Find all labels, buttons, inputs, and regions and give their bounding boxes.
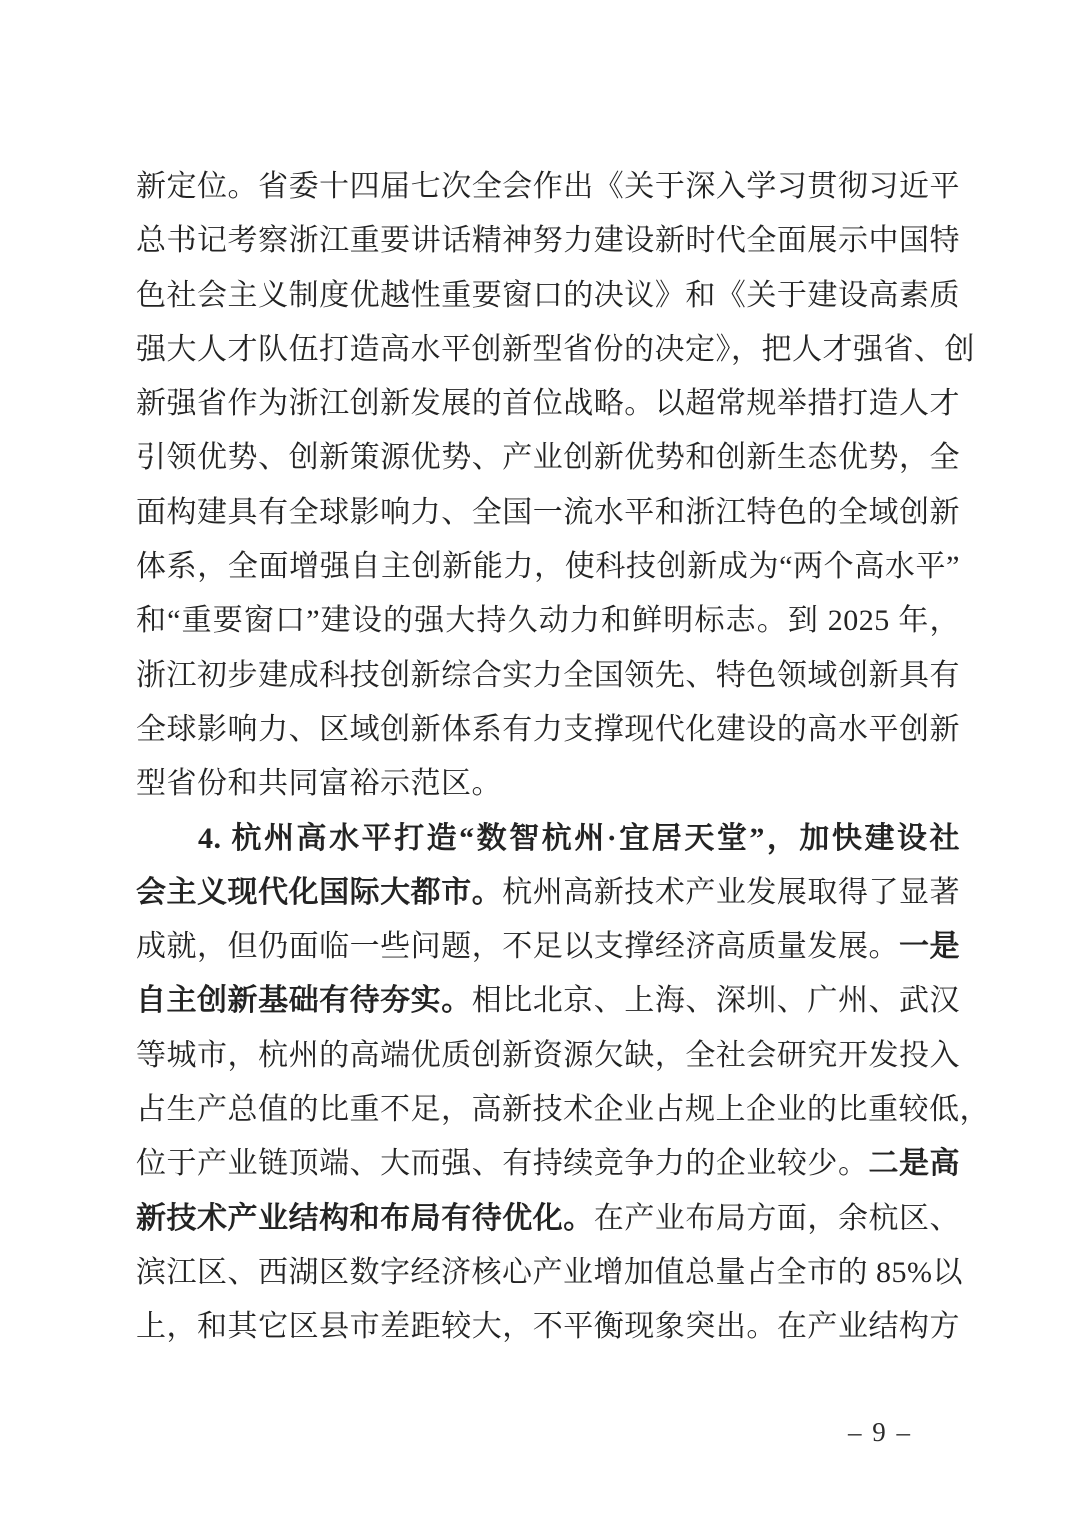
text-line: 新定位。省委十四届七次全会作出《关于深入学习贯彻习近平 xyxy=(136,160,960,214)
page-number: – 9 – xyxy=(820,1410,940,1454)
text-line: 4. 杭州高水平打造“数智杭州·宜居天堂”，加快建设社 xyxy=(136,812,960,866)
text-line: 色社会主义制度优越性重要窗口的决议》和《关于建设高素质 xyxy=(136,269,960,323)
text-run: 位于产业链顶端、大而强、有持续竞争力的企业较少。 xyxy=(136,1147,868,1180)
text-run: 浙江初步建成科技创新综合实力全国领先、特色领域创新具有 xyxy=(136,659,960,692)
bold-text-run: 一是 xyxy=(899,930,960,963)
text-run: 相比北京、上海、深圳、广州、武汉 xyxy=(472,984,960,1017)
bold-text-run: 会主义现代化国际大都市。 xyxy=(136,876,502,909)
text-line: 位于产业链顶端、大而强、有持续竞争力的企业较少。二是高 xyxy=(136,1137,960,1191)
text-line: 会主义现代化国际大都市。杭州高新技术产业发展取得了显著 xyxy=(136,866,960,920)
text-run: 全球影响力、区域创新体系有力支撑现代化建设的高水平创新 xyxy=(136,713,960,746)
text-line: 面构建具有全球影响力、全国一流水平和浙江特色的全域创新 xyxy=(136,486,960,540)
text-run: 新强省作为浙江创新发展的首位战略。以超常规举措打造人才 xyxy=(136,387,960,420)
text-line: 新技术产业结构和布局有待优化。在产业布局方面，余杭区、 xyxy=(136,1192,960,1246)
text-line: 总书记考察浙江重要讲话精神努力建设新时代全面展示中国特 xyxy=(136,214,960,268)
text-run: 型省份和共同富裕示范区。 xyxy=(136,767,502,800)
text-line: 上，和其它区县市差距较大，不平衡现象突出。在产业结构方 xyxy=(136,1300,960,1354)
text-run: 色社会主义制度优越性重要窗口的决议》和《关于建设高素质 xyxy=(136,279,960,312)
text-run: 等城市，杭州的高端优质创新资源欠缺，全社会研究开发投入 xyxy=(136,1039,960,1072)
bold-text-run: 4. 杭州高水平打造“数智杭州·宜居天堂”，加快建设社 xyxy=(198,822,960,855)
text-line: 占生产总值的比重不足，高新技术企业占规上企业的比重较低， xyxy=(136,1083,960,1137)
text-line: 等城市，杭州的高端优质创新资源欠缺，全社会研究开发投入 xyxy=(136,1029,960,1083)
text-run: 滨江区、西湖区数字经济核心产业增加值总量占全市的 85%以 xyxy=(136,1256,963,1289)
text-line: 自主创新基础有待夯实。相比北京、上海、深圳、广州、武汉 xyxy=(136,974,960,1028)
text-line: 浙江初步建成科技创新综合实力全国领先、特色领域创新具有 xyxy=(136,649,960,703)
bold-text-run: 二是高 xyxy=(868,1147,960,1180)
text-run: 在产业布局方面，余杭区、 xyxy=(594,1202,960,1235)
text-line: 体系，全面增强自主创新能力，使科技创新成为“两个高水平” xyxy=(136,540,960,594)
text-run: 和“重要窗口”建设的强大持久动力和鲜明标志。到 2025 年， xyxy=(136,604,960,637)
text-line: 滨江区、西湖区数字经济核心产业增加值总量占全市的 85%以 xyxy=(136,1246,960,1300)
text-run: 强大人才队伍打造高水平创新型省份的决定》，把人才强省、创 xyxy=(136,333,975,366)
text-line: 和“重要窗口”建设的强大持久动力和鲜明标志。到 2025 年， xyxy=(136,594,960,648)
text-run: 占生产总值的比重不足，高新技术企业占规上企业的比重较低， xyxy=(136,1093,990,1126)
text-run: 上，和其它区县市差距较大，不平衡现象突出。在产业结构方 xyxy=(136,1310,960,1343)
text-run: 新定位。省委十四届七次全会作出《关于深入学习贯彻习近平 xyxy=(136,170,960,203)
document-body: 新定位。省委十四届七次全会作出《关于深入学习贯彻习近平总书记考察浙江重要讲话精神… xyxy=(136,160,960,1355)
text-run: 总书记考察浙江重要讲话精神努力建设新时代全面展示中国特 xyxy=(136,224,960,257)
text-line: 成就，但仍面临一些问题，不足以支撑经济高质量发展。一是 xyxy=(136,920,960,974)
text-run: 杭州高新技术产业发展取得了显著 xyxy=(502,876,960,909)
bold-text-run: 新技术产业结构和布局有待优化。 xyxy=(136,1202,594,1235)
bold-text-run: 自主创新基础有待夯实。 xyxy=(136,984,472,1017)
text-line: 新强省作为浙江创新发展的首位战略。以超常规举措打造人才 xyxy=(136,377,960,431)
text-line: 全球影响力、区域创新体系有力支撑现代化建设的高水平创新 xyxy=(136,703,960,757)
text-line: 强大人才队伍打造高水平创新型省份的决定》，把人才强省、创 xyxy=(136,323,960,377)
text-run: 成就，但仍面临一些问题，不足以支撑经济高质量发展。 xyxy=(136,930,899,963)
text-line: 型省份和共同富裕示范区。 xyxy=(136,757,960,811)
text-run: 面构建具有全球影响力、全国一流水平和浙江特色的全域创新 xyxy=(136,496,960,529)
text-run: 引领优势、创新策源优势、产业创新优势和创新生态优势，全 xyxy=(136,441,960,474)
text-line: 引领优势、创新策源优势、产业创新优势和创新生态优势，全 xyxy=(136,431,960,485)
document-page: 新定位。省委十四届七次全会作出《关于深入学习贯彻习近平总书记考察浙江重要讲话精神… xyxy=(0,0,1080,1527)
text-run: 体系，全面增强自主创新能力，使科技创新成为“两个高水平” xyxy=(136,550,960,583)
